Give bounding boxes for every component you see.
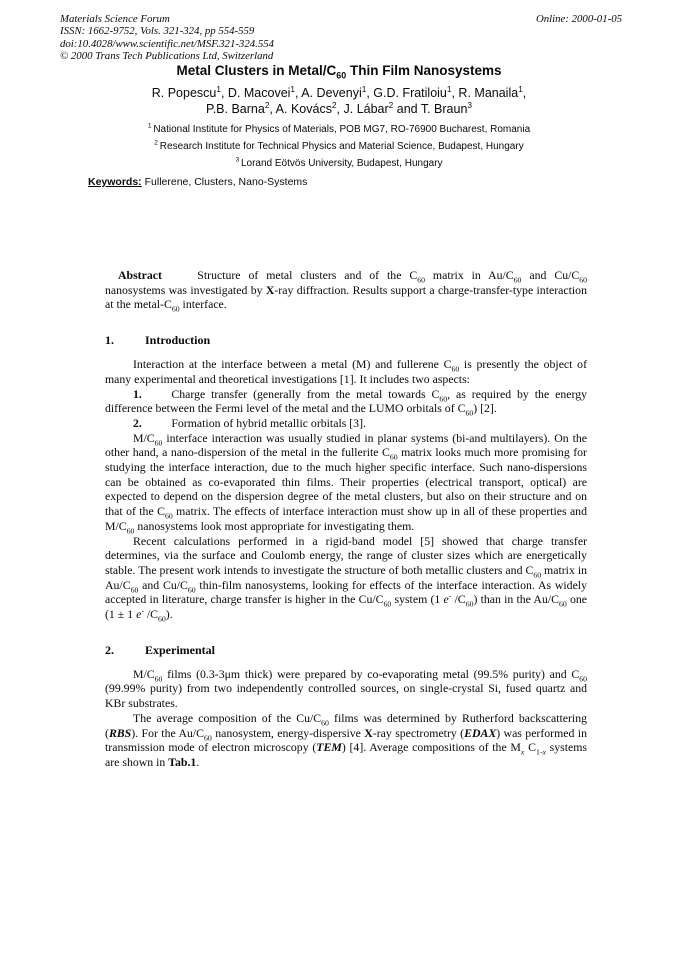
issn-line: ISSN: 1662-9752, Vols. 321-324, pp 554-5… bbox=[60, 25, 274, 37]
authors-block: R. Popescu1, D. Macovei1, A. Devenyi1, G… bbox=[0, 86, 678, 117]
publication-info: Materials Science Forum ISSN: 1662-9752,… bbox=[60, 13, 274, 62]
section-title: Experimental bbox=[145, 643, 215, 657]
paper-page: Materials Science Forum ISSN: 1662-9752,… bbox=[0, 0, 678, 959]
publication-header: Materials Science Forum ISSN: 1662-9752,… bbox=[60, 13, 622, 62]
section-number: 1. bbox=[105, 333, 145, 347]
keywords-text: Fullerene, Clusters, Nano-Systems bbox=[142, 176, 308, 188]
experimental-paragraph-1: M/C60 films (0.3-3μm thick) were prepare… bbox=[105, 667, 587, 711]
section-number: 2. bbox=[105, 643, 145, 657]
journal-name: Materials Science Forum bbox=[60, 13, 274, 25]
intro-paragraph-3: Recent calculations performed in a rigid… bbox=[105, 534, 587, 622]
online-date: Online: 2000-01-05 bbox=[536, 13, 622, 25]
authors-line-1: R. Popescu1, D. Macovei1, A. Devenyi1, G… bbox=[0, 86, 678, 102]
abstract-paragraph: Abstract Structure of metal clusters and… bbox=[105, 268, 587, 312]
authors-line-2: P.B. Barna2, A. Kovács2, J. Lábar2 and T… bbox=[0, 102, 678, 118]
copyright-line: © 2000 Trans Tech Publications Ltd, Swit… bbox=[60, 50, 274, 62]
paper-body: Abstract Structure of metal clusters and… bbox=[105, 268, 587, 770]
affiliation-1: 1 National Institute for Physics of Mate… bbox=[0, 121, 678, 138]
doi-line: doi:10.4028/www.scientific.net/MSF.321-3… bbox=[60, 38, 274, 50]
section-heading-introduction: 1.Introduction bbox=[105, 333, 587, 347]
section-heading-experimental: 2.Experimental bbox=[105, 643, 587, 657]
experimental-paragraph-2: The average composition of the Cu/C60 fi… bbox=[105, 711, 587, 770]
intro-paragraph-2: M/C60 interface interaction was usually … bbox=[105, 431, 587, 534]
affiliation-2: 2 Research Institute for Technical Physi… bbox=[0, 138, 678, 155]
keywords-line: Keywords: Fullerene, Clusters, Nano-Syst… bbox=[88, 176, 307, 188]
paper-title: Metal Clusters in Metal/C60 Thin Film Na… bbox=[0, 63, 678, 78]
intro-list-item-1: 1. Charge transfer (generally from the m… bbox=[105, 387, 587, 416]
intro-list-item-2: 2. Formation of hybrid metallic orbitals… bbox=[105, 416, 587, 431]
affiliation-3: 3 Lorand Eötvös University, Budapest, Hu… bbox=[0, 155, 678, 172]
affiliations-block: 1 National Institute for Physics of Mate… bbox=[0, 121, 678, 172]
section-title: Introduction bbox=[145, 333, 210, 347]
intro-paragraph-1: Interaction at the interface between a m… bbox=[105, 357, 587, 386]
keywords-label: Keywords: bbox=[88, 176, 142, 188]
